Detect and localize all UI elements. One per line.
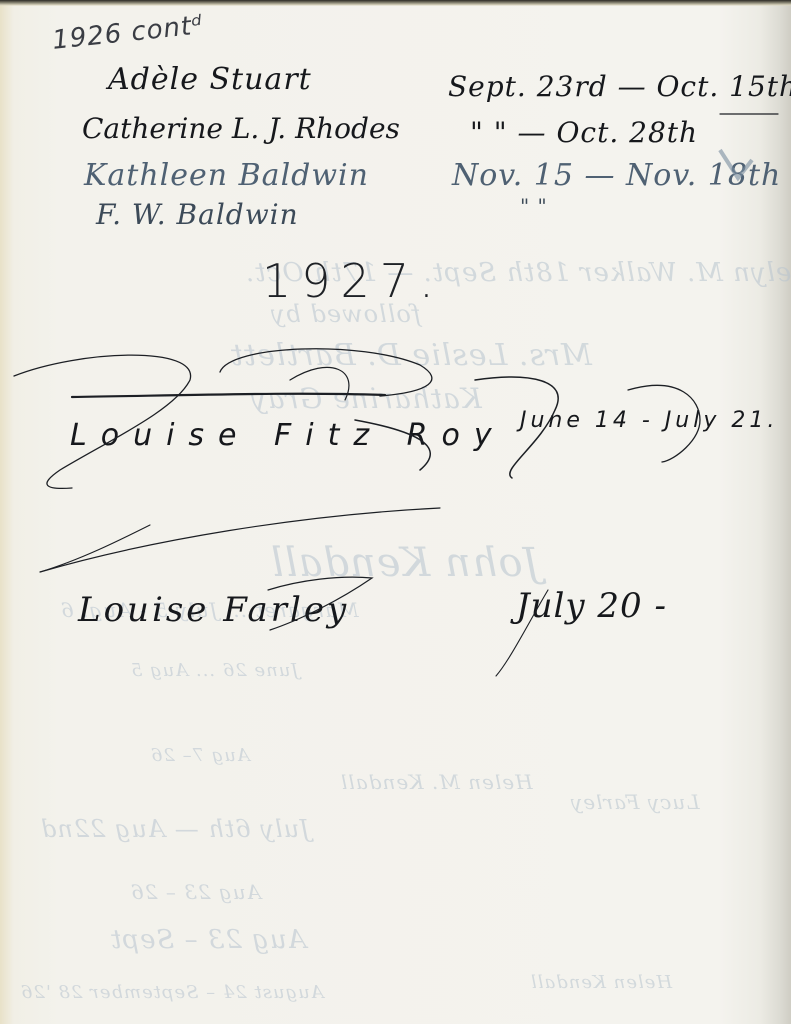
guest-name: Louise Fitz Roy bbox=[70, 418, 506, 453]
guest-name: Kathleen Baldwin bbox=[84, 158, 369, 193]
bleed-through-text: Helen Kendall bbox=[530, 972, 672, 993]
bleed-through-text: Lucy Farley bbox=[570, 790, 700, 814]
guest-dates: " " — Oct. 28th bbox=[470, 116, 698, 149]
bleed-through-text: John Kendall bbox=[270, 540, 540, 586]
guest-dates: Nov. 15 — Nov. 18th bbox=[452, 158, 781, 193]
guest-name: Adèle Stuart bbox=[108, 62, 312, 97]
guest-name: Catherine L. J. Rhodes bbox=[82, 112, 400, 145]
page-top-edge bbox=[0, 0, 791, 6]
bleed-through-text: Aug 23 – 26 bbox=[130, 880, 261, 904]
bleed-through-text: Helen M. Kendall bbox=[340, 770, 533, 794]
signature-flourishes bbox=[0, 0, 791, 1024]
guest-dates: Sept. 23rd — Oct. 15th bbox=[448, 70, 791, 103]
guestbook-page: Evelyn M. Walker 18th Sept. — 17th Oct. … bbox=[0, 0, 791, 1024]
bleed-through-text: August 24 – September 28 '26 bbox=[20, 982, 324, 1003]
guest-dates: " " bbox=[520, 194, 548, 218]
guest-name: F. W. Baldwin bbox=[96, 198, 299, 231]
bleed-through-text: Aug 23 – Sept bbox=[110, 925, 306, 955]
bleed-through-text: Aug 7– 26 bbox=[150, 745, 250, 766]
bleed-through-text: Katharine Gray bbox=[250, 382, 482, 415]
guest-name: Louise Farley bbox=[78, 590, 349, 630]
guest-dates: June 14 - July 21. bbox=[520, 408, 778, 433]
bleed-through-text: June 26 ... Aug 5 bbox=[130, 660, 299, 681]
year-heading-1927: 1927. bbox=[262, 254, 444, 308]
header-1926-continued: 1926 contᵈ bbox=[51, 10, 205, 56]
guest-dates: July 20 - bbox=[516, 586, 667, 626]
bleed-through-text: July 6th — Aug 22nd bbox=[40, 815, 310, 843]
bleed-through-text: Mrs. Leslie D. Bartlett bbox=[230, 338, 592, 373]
